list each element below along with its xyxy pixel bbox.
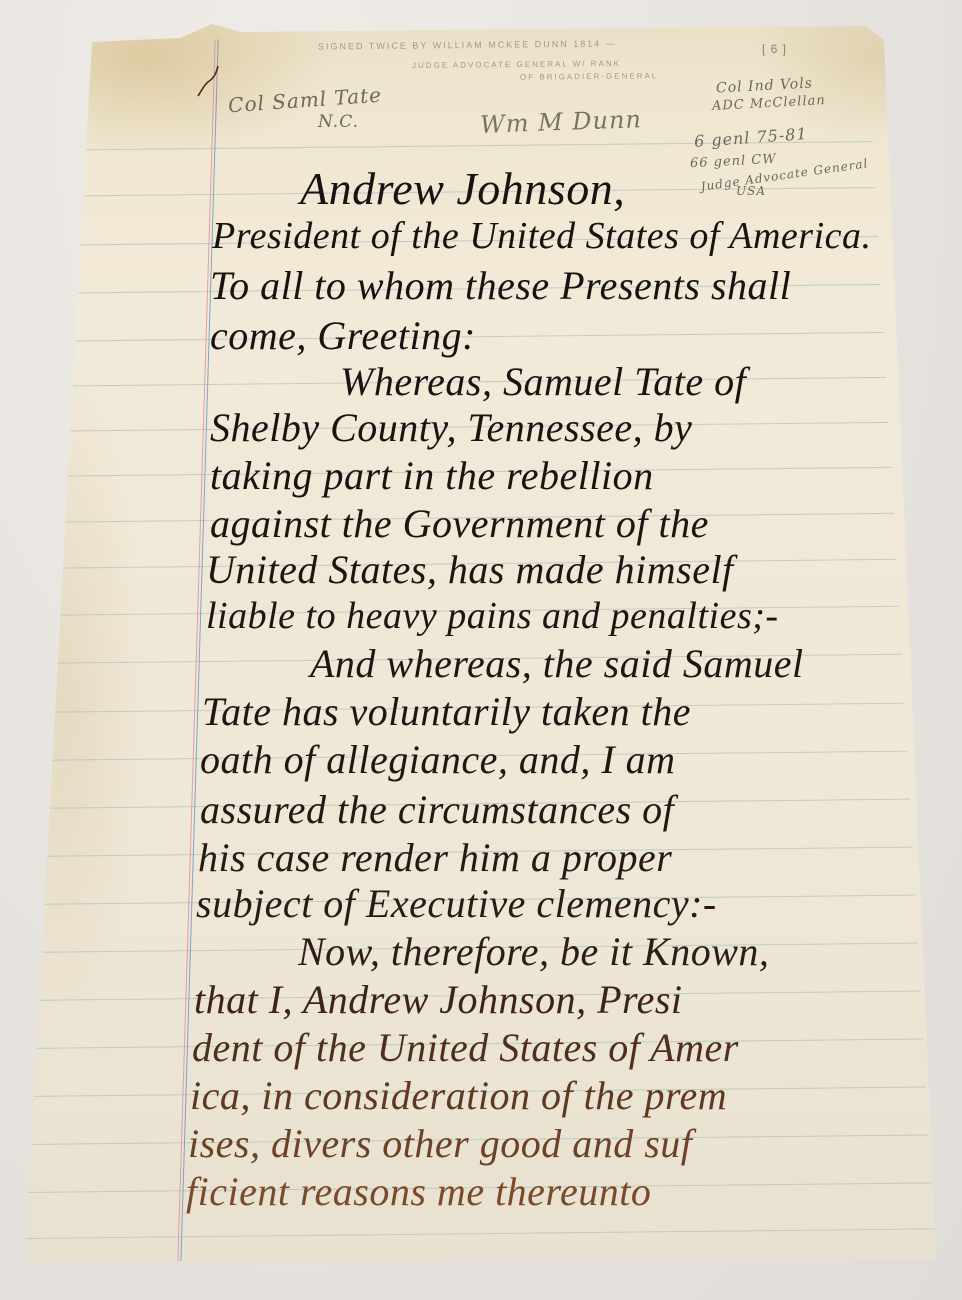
text-line: come, Greeting:: [210, 312, 476, 359]
text-line: ficient reasons me thereunto: [186, 1168, 651, 1215]
text-line: liable to heavy pains and penalties;-: [206, 594, 779, 638]
text-line: United States, has made himself: [206, 546, 734, 593]
text-line: oath of allegiance, and, I am: [200, 736, 676, 783]
text-line: President of the United States of Americ…: [212, 214, 872, 258]
text-line: taking part in the rebellion: [210, 452, 654, 499]
text-line: And whereas, the said Samuel: [310, 640, 804, 687]
pencil-note-nc: N.C.: [318, 112, 359, 132]
text-line: dent of the United States of Amer: [192, 1024, 739, 1071]
pencil-signature-wm-m-dunn: Wm M Dunn: [480, 105, 643, 139]
text-line: his case render him a proper: [198, 834, 672, 881]
text-line: To all to whom these Presents shall: [210, 262, 791, 309]
text-line: subject of Executive clemency:-: [196, 880, 717, 927]
text-line: Shelby County, Tennessee, by: [210, 404, 692, 451]
pencil-bracket-mark: [ 6 ]: [762, 42, 787, 56]
text-line: that I, Andrew Johnson, Presi: [194, 976, 683, 1023]
text-line: Whereas, Samuel Tate of: [340, 358, 746, 405]
heading-andrew-johnson: Andrew Johnson,: [300, 162, 625, 215]
text-line: Tate has voluntarily taken the: [202, 688, 691, 735]
pencil-note-usa: USA: [736, 184, 766, 198]
text-line: ises, divers other good and suf: [188, 1120, 692, 1167]
text-line: assured the circumstances of: [200, 786, 674, 833]
text-line: Now, therefore, be it Known,: [298, 928, 769, 975]
pencil-note-brigadier: of Brigadier-General: [520, 71, 658, 81]
text-line: against the Government of the: [210, 500, 709, 547]
text-line: ica, in consideration of the prem: [190, 1072, 727, 1119]
